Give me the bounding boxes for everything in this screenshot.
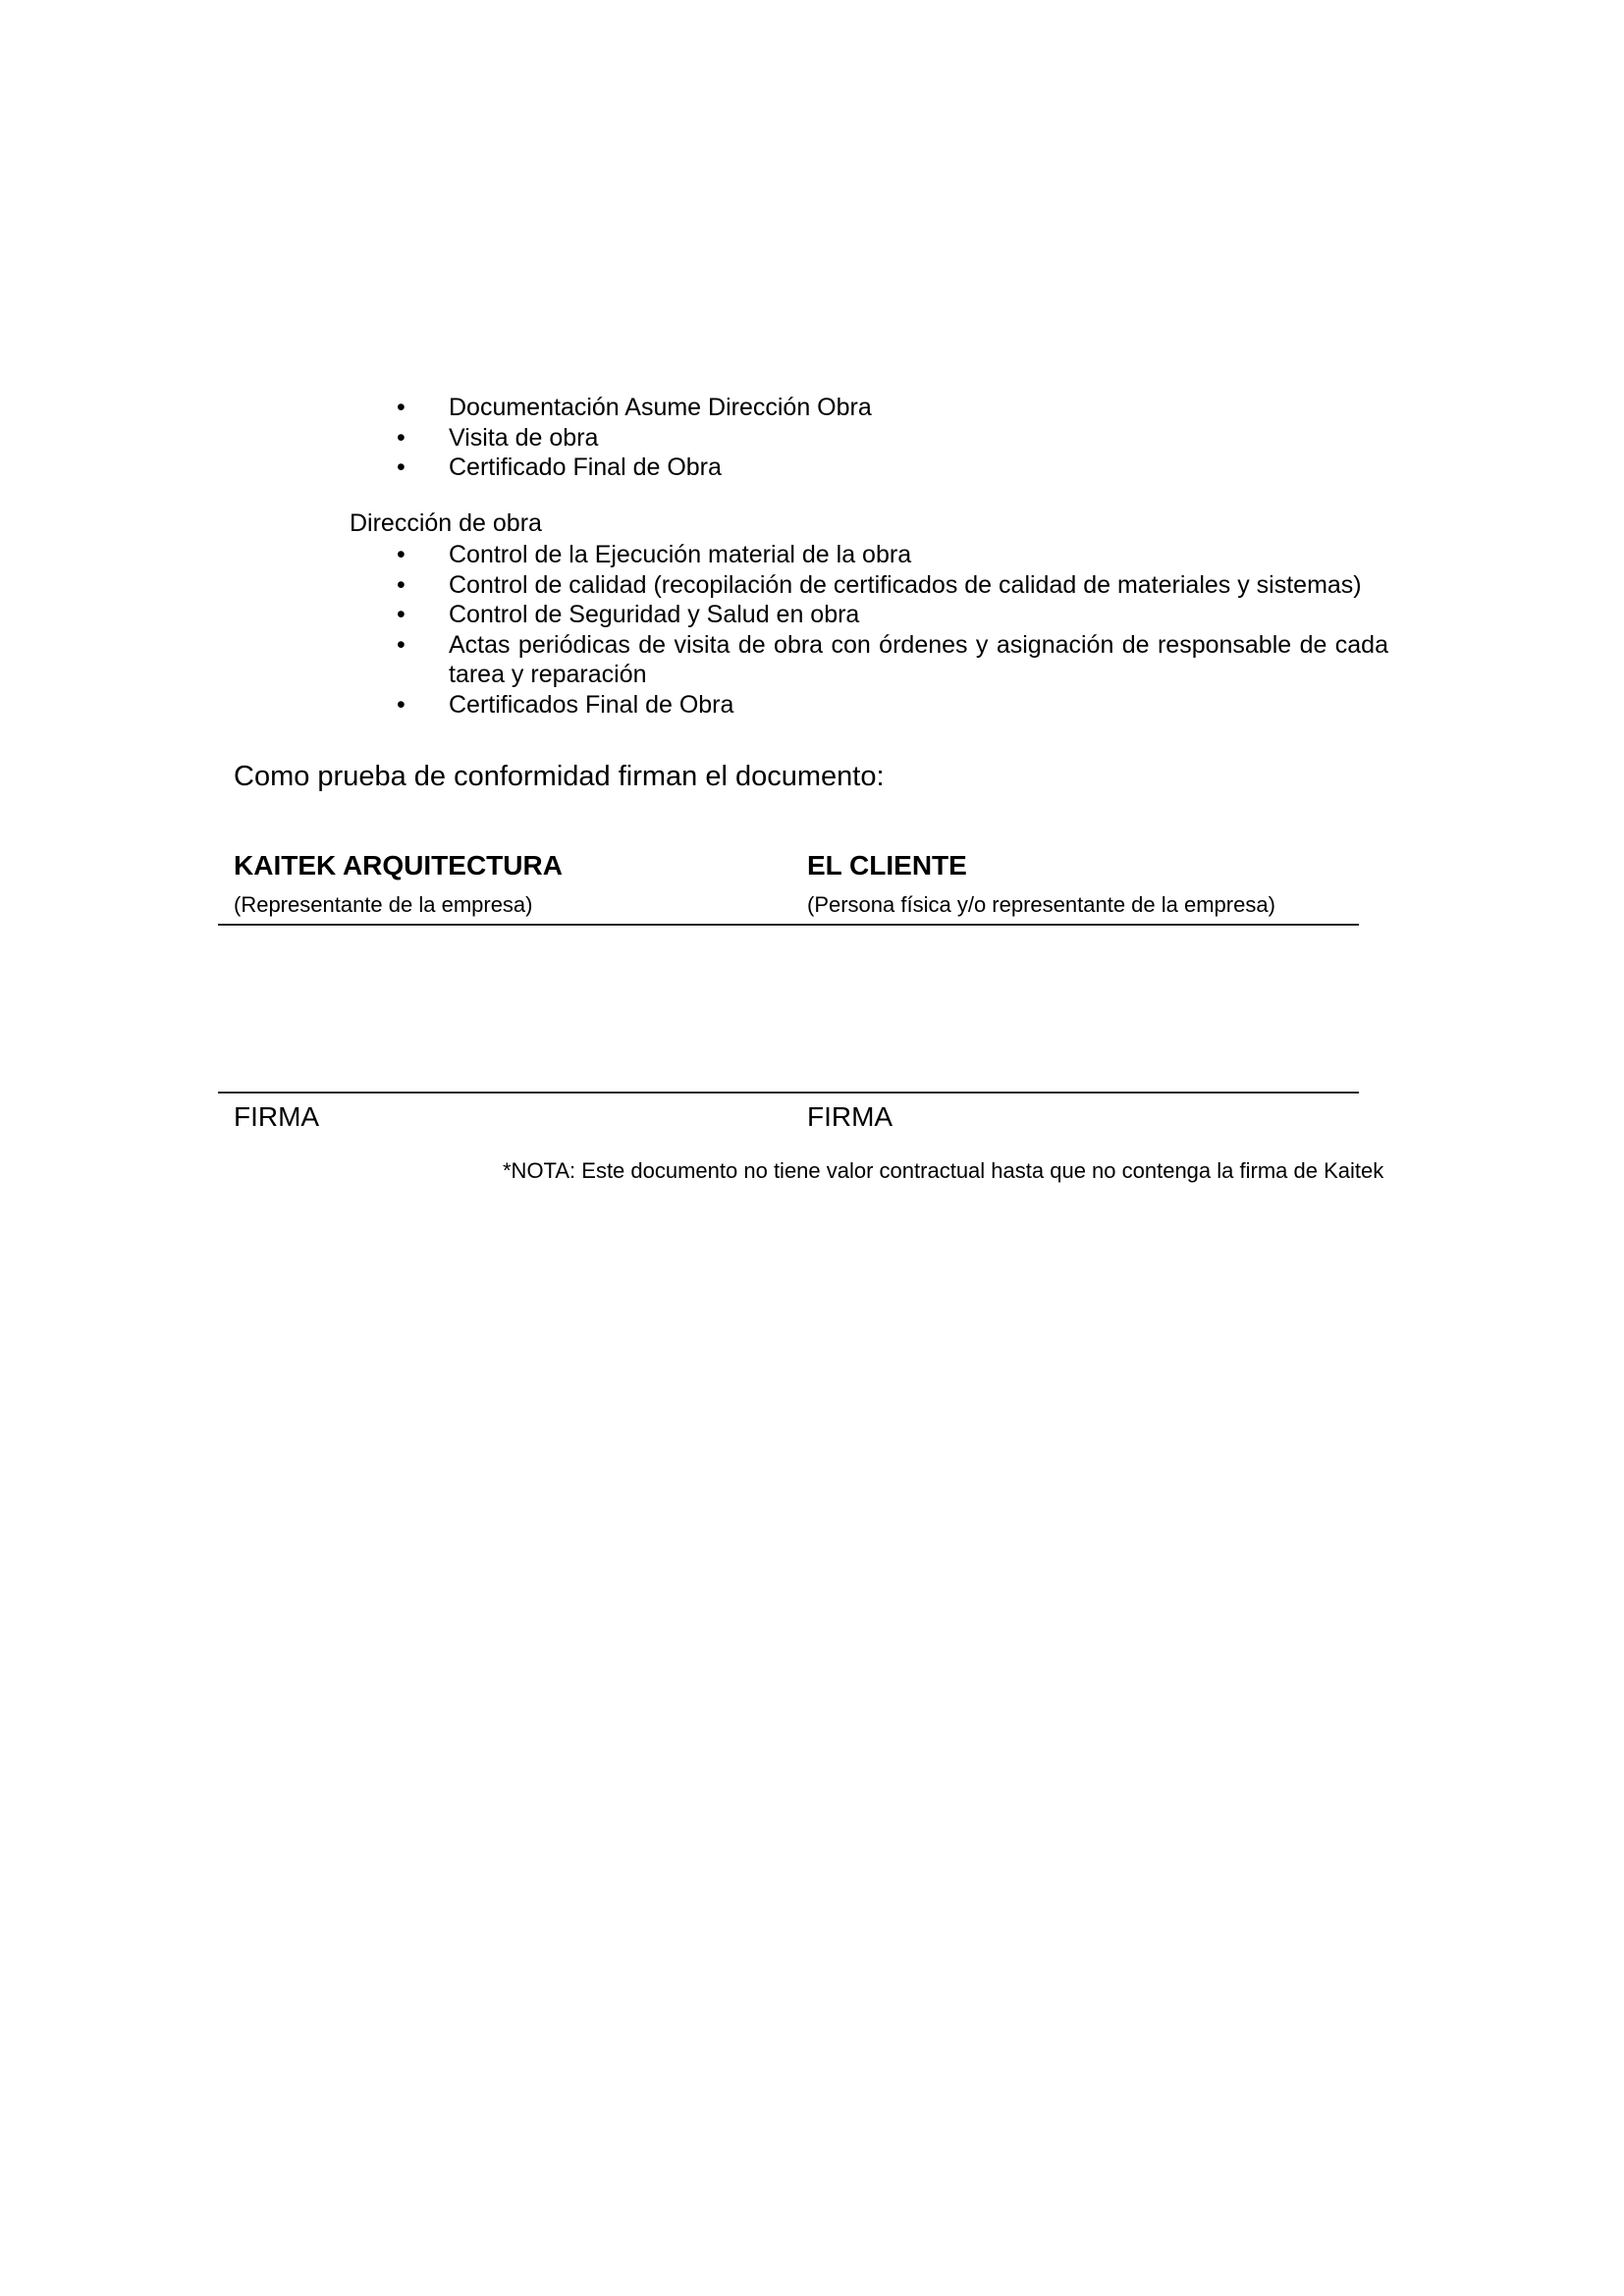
- bullet-icon: •: [397, 600, 406, 630]
- company-signature-label: FIRMA: [234, 1101, 319, 1133]
- signature-intro: Como prueba de conformidad firman el doc…: [234, 761, 885, 793]
- bullet-icon: •: [397, 393, 406, 423]
- legal-note: *NOTA: Este documento no tiene valor con…: [503, 1158, 1383, 1184]
- bullet-icon: •: [397, 630, 406, 661]
- company-subtitle: (Representante de la empresa): [234, 892, 533, 918]
- bullet-icon: •: [397, 570, 406, 601]
- divider-top: [218, 924, 1359, 926]
- bullet-icon: •: [397, 540, 406, 570]
- section-label-direccion: Dirección de obra: [350, 509, 542, 538]
- bullet-icon: •: [397, 423, 406, 454]
- client-signature-label: FIRMA: [807, 1101, 893, 1133]
- bullet-icon: •: [397, 690, 406, 721]
- signature-line: [218, 1092, 1359, 1094]
- client-title: EL CLIENTE: [807, 850, 967, 881]
- company-title: KAITEK ARQUITECTURA: [234, 850, 563, 881]
- client-subtitle: (Persona física y/o representante de la …: [807, 892, 1275, 918]
- bullet-icon: •: [397, 453, 406, 483]
